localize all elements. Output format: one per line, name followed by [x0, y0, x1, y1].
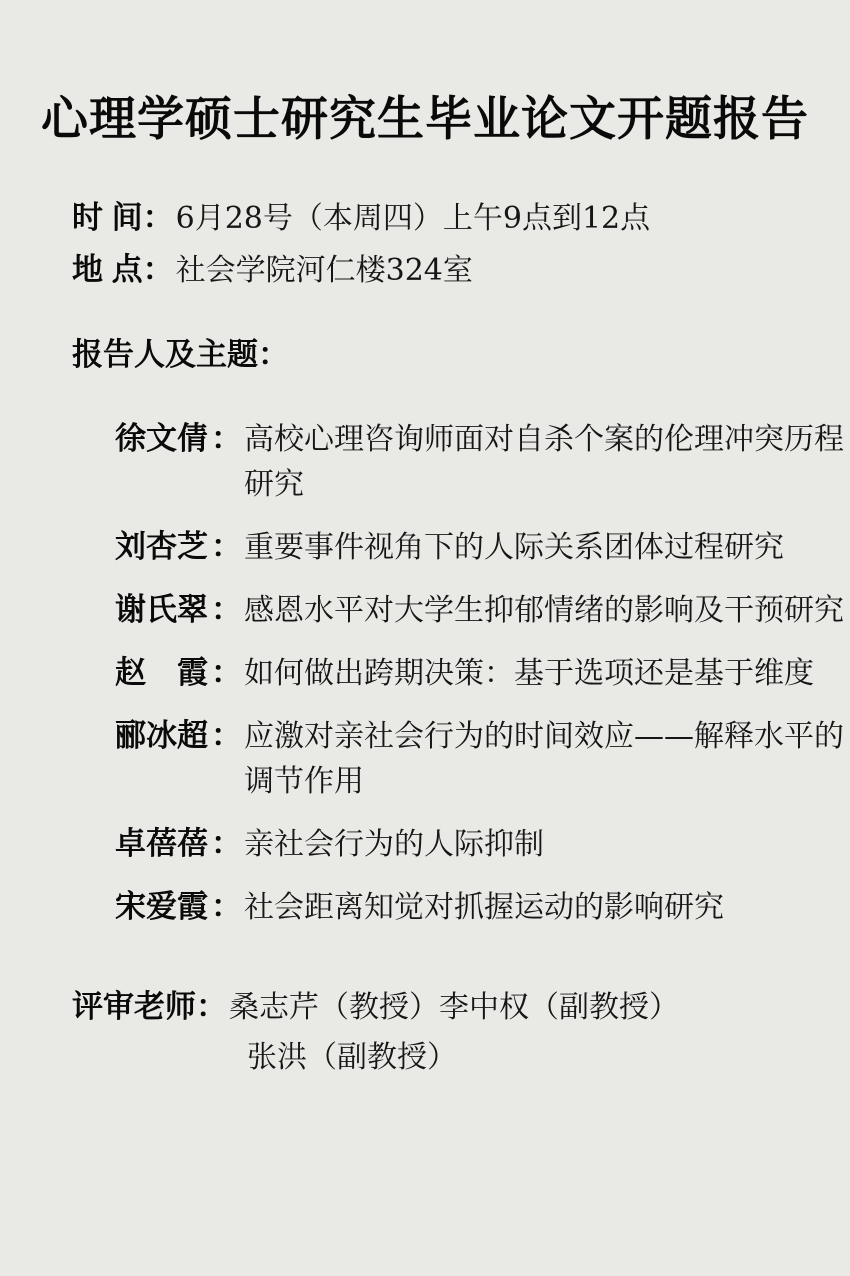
reviewers-label: 评审老师 — [72, 982, 196, 1032]
presenter-name: 卓蓓蓓 — [115, 821, 211, 866]
presenter-row: 郦冰超：应激对亲社会行为的时间效应——解释水平的调节作用 — [115, 713, 850, 804]
page-title: 心理学硕士研究生毕业论文开题报告 — [0, 0, 850, 148]
presenter-row: 徐文倩：高校心理咨询师面对自杀个案的伦理冲突历程研究 — [115, 416, 850, 507]
location-label: 地 点 — [72, 244, 143, 295]
location-colon: ： — [143, 244, 174, 295]
info-row-location: 地 点：社会学院河仁楼324室 — [72, 244, 850, 296]
presenter-name: 刘杏芝 — [115, 524, 211, 569]
presenter-colon: ： — [211, 416, 242, 461]
reviewer-lines: 桑志芹（教授）李中权（副教授） 张洪（副教授） — [229, 983, 679, 1083]
location-value: 社会学院河仁楼324室 — [176, 245, 473, 296]
presenter-name: 谢氏翠 — [115, 587, 211, 632]
presenter-topic: 应激对亲社会行为的时间效应——解释水平的调节作用 — [244, 714, 850, 804]
presenters-section-heading: 报告人及主题： — [72, 329, 850, 380]
presenter-name: 赵 霞 — [115, 650, 211, 695]
presenter-topic: 社会距离知觉对抓握运动的影响研究 — [244, 885, 850, 930]
presenter-topic: 如何做出跨期决策：基于选项还是基于维度 — [244, 651, 850, 696]
reviewer-line: 张洪（副教授） — [229, 1033, 679, 1083]
presenter-row: 卓蓓蓓：亲社会行为的人际抑制 — [115, 821, 850, 867]
presenter-colon: ： — [211, 821, 242, 866]
presenter-colon: ： — [211, 650, 242, 695]
presenter-topic: 重要事件视角下的人际关系团体过程研究 — [244, 525, 850, 570]
presenter-topic: 感恩水平对大学生抑郁情绪的影响及干预研究 — [244, 588, 850, 633]
time-value: 6月28号（本周四）上午9点到12点 — [176, 193, 651, 244]
presenter-row: 宋爱霞：社会距离知觉对抓握运动的影响研究 — [115, 884, 850, 930]
presenter-row: 谢氏翠：感恩水平对大学生抑郁情绪的影响及干预研究 — [115, 587, 850, 633]
info-block: 时 间：6月28号（本周四）上午9点到12点 地 点：社会学院河仁楼324室 — [72, 192, 850, 296]
presenter-colon: ： — [211, 884, 242, 929]
reviewers-colon: ： — [196, 982, 227, 1032]
presenters-list: 徐文倩：高校心理咨询师面对自杀个案的伦理冲突历程研究 刘杏芝：重要事件视角下的人… — [115, 416, 850, 930]
presenter-name: 徐文倩 — [115, 416, 211, 461]
presenter-topic: 亲社会行为的人际抑制 — [244, 822, 850, 867]
presenter-colon: ： — [211, 713, 242, 758]
reviewer-line: 桑志芹（教授）李中权（副教授） — [229, 983, 679, 1033]
notice-page: 心理学硕士研究生毕业论文开题报告 时 间：6月28号（本周四）上午9点到12点 … — [0, 0, 850, 1276]
info-row-time: 时 间：6月28号（本周四）上午9点到12点 — [72, 192, 850, 244]
time-colon: ： — [143, 192, 174, 243]
presenter-topic: 高校心理咨询师面对自杀个案的伦理冲突历程研究 — [244, 417, 850, 507]
presenter-row: 刘杏芝：重要事件视角下的人际关系团体过程研究 — [115, 524, 850, 570]
time-label: 时 间 — [72, 192, 143, 243]
presenter-colon: ： — [211, 587, 242, 632]
presenter-colon: ： — [211, 524, 242, 569]
presenter-name: 郦冰超 — [115, 713, 211, 758]
presenter-row: 赵 霞：如何做出跨期决策：基于选项还是基于维度 — [115, 650, 850, 696]
presenter-name: 宋爱霞 — [115, 884, 211, 929]
reviewers-row: 评审老师： 桑志芹（教授）李中权（副教授） 张洪（副教授） — [72, 982, 850, 1083]
